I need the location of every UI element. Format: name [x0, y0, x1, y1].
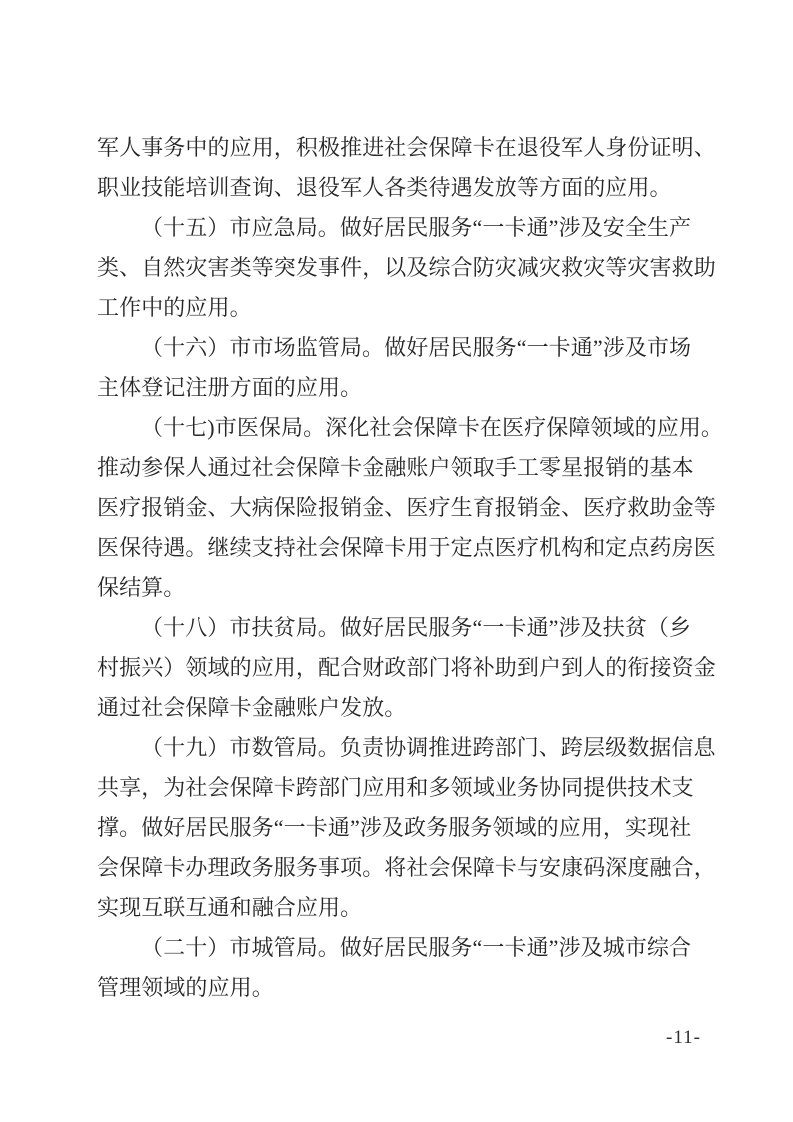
text-line: 医疗报销金、大病保险报销金、医疗生育报销金、医疗救助金等	[97, 488, 719, 528]
paragraph-item-14-continuation: 军人事务中的应用，积极推进社会保障卡在退役军人身份证明、职业技能培训查询、退役军…	[97, 128, 719, 208]
text-line: 保结算。	[97, 568, 719, 608]
text-line: （十八）市扶贫局。做好居民服务“一卡通”涉及扶贫（乡	[97, 608, 719, 648]
paragraph-item-17: （十七)市医保局。深化社会保障卡在医疗保障领域的应用。推动参保人通过社会保障卡金…	[97, 408, 719, 608]
text-line: 职业技能培训查询、退役军人各类待遇发放等方面的应用。	[97, 168, 719, 208]
page-number: -11-	[666, 1026, 701, 1050]
text-line: （十九）市数管局。负责协调推进跨部门、跨层级数据信息	[97, 728, 719, 768]
paragraph-item-19: （十九）市数管局。负责协调推进跨部门、跨层级数据信息共享，为社会保障卡跨部门应用…	[97, 728, 719, 928]
paragraph-item-16: （十六）市市场监管局。做好居民服务“一卡通”涉及市场主体登记注册方面的应用。	[97, 328, 719, 408]
text-line: 主体登记注册方面的应用。	[97, 368, 719, 408]
text-line: 会保障卡办理政务服务事项。将社会保障卡与安康码深度融合，	[97, 848, 719, 888]
text-line: （二十）市城管局。做好居民服务“一卡通”涉及城市综合	[97, 928, 719, 968]
text-line: 推动参保人通过社会保障卡金融账户领取手工零星报销的基本	[97, 448, 719, 488]
paragraph-item-20: （二十）市城管局。做好居民服务“一卡通”涉及城市综合管理领域的应用。	[97, 928, 719, 1008]
text-line: （十七)市医保局。深化社会保障卡在医疗保障领域的应用。	[97, 408, 719, 448]
paragraph-item-15: （十五）市应急局。做好居民服务“一卡通”涉及安全生产类、自然灾害类等突发事件，以…	[97, 208, 719, 328]
paragraph-item-18: （十八）市扶贫局。做好居民服务“一卡通”涉及扶贫（乡村振兴）领域的应用，配合财政…	[97, 608, 719, 728]
text-line: 工作中的应用。	[97, 288, 719, 328]
document-page: 军人事务中的应用，积极推进社会保障卡在退役军人身份证明、职业技能培训查询、退役军…	[0, 0, 793, 1122]
text-line: （十五）市应急局。做好居民服务“一卡通”涉及安全生产	[97, 208, 719, 248]
text-line: 实现互联互通和融合应用。	[97, 888, 719, 928]
text-line: 管理领域的应用。	[97, 968, 719, 1008]
document-body: 军人事务中的应用，积极推进社会保障卡在退役军人身份证明、职业技能培训查询、退役军…	[97, 128, 719, 1008]
text-line: （十六）市市场监管局。做好居民服务“一卡通”涉及市场	[97, 328, 719, 368]
text-line: 通过社会保障卡金融账户发放。	[97, 688, 719, 728]
text-line: 共享，为社会保障卡跨部门应用和多领域业务协同提供技术支	[97, 768, 719, 808]
text-line: 军人事务中的应用，积极推进社会保障卡在退役军人身份证明、	[97, 128, 719, 168]
text-line: 撑。做好居民服务“一卡通”涉及政务服务领域的应用，实现社	[97, 808, 719, 848]
text-line: 村振兴）领域的应用，配合财政部门将补助到户到人的衔接资金	[97, 648, 719, 688]
text-line: 医保待遇。继续支持社会保障卡用于定点医疗机构和定点药房医	[97, 528, 719, 568]
text-line: 类、自然灾害类等突发事件，以及综合防灾减灾救灾等灾害救助	[97, 248, 719, 288]
